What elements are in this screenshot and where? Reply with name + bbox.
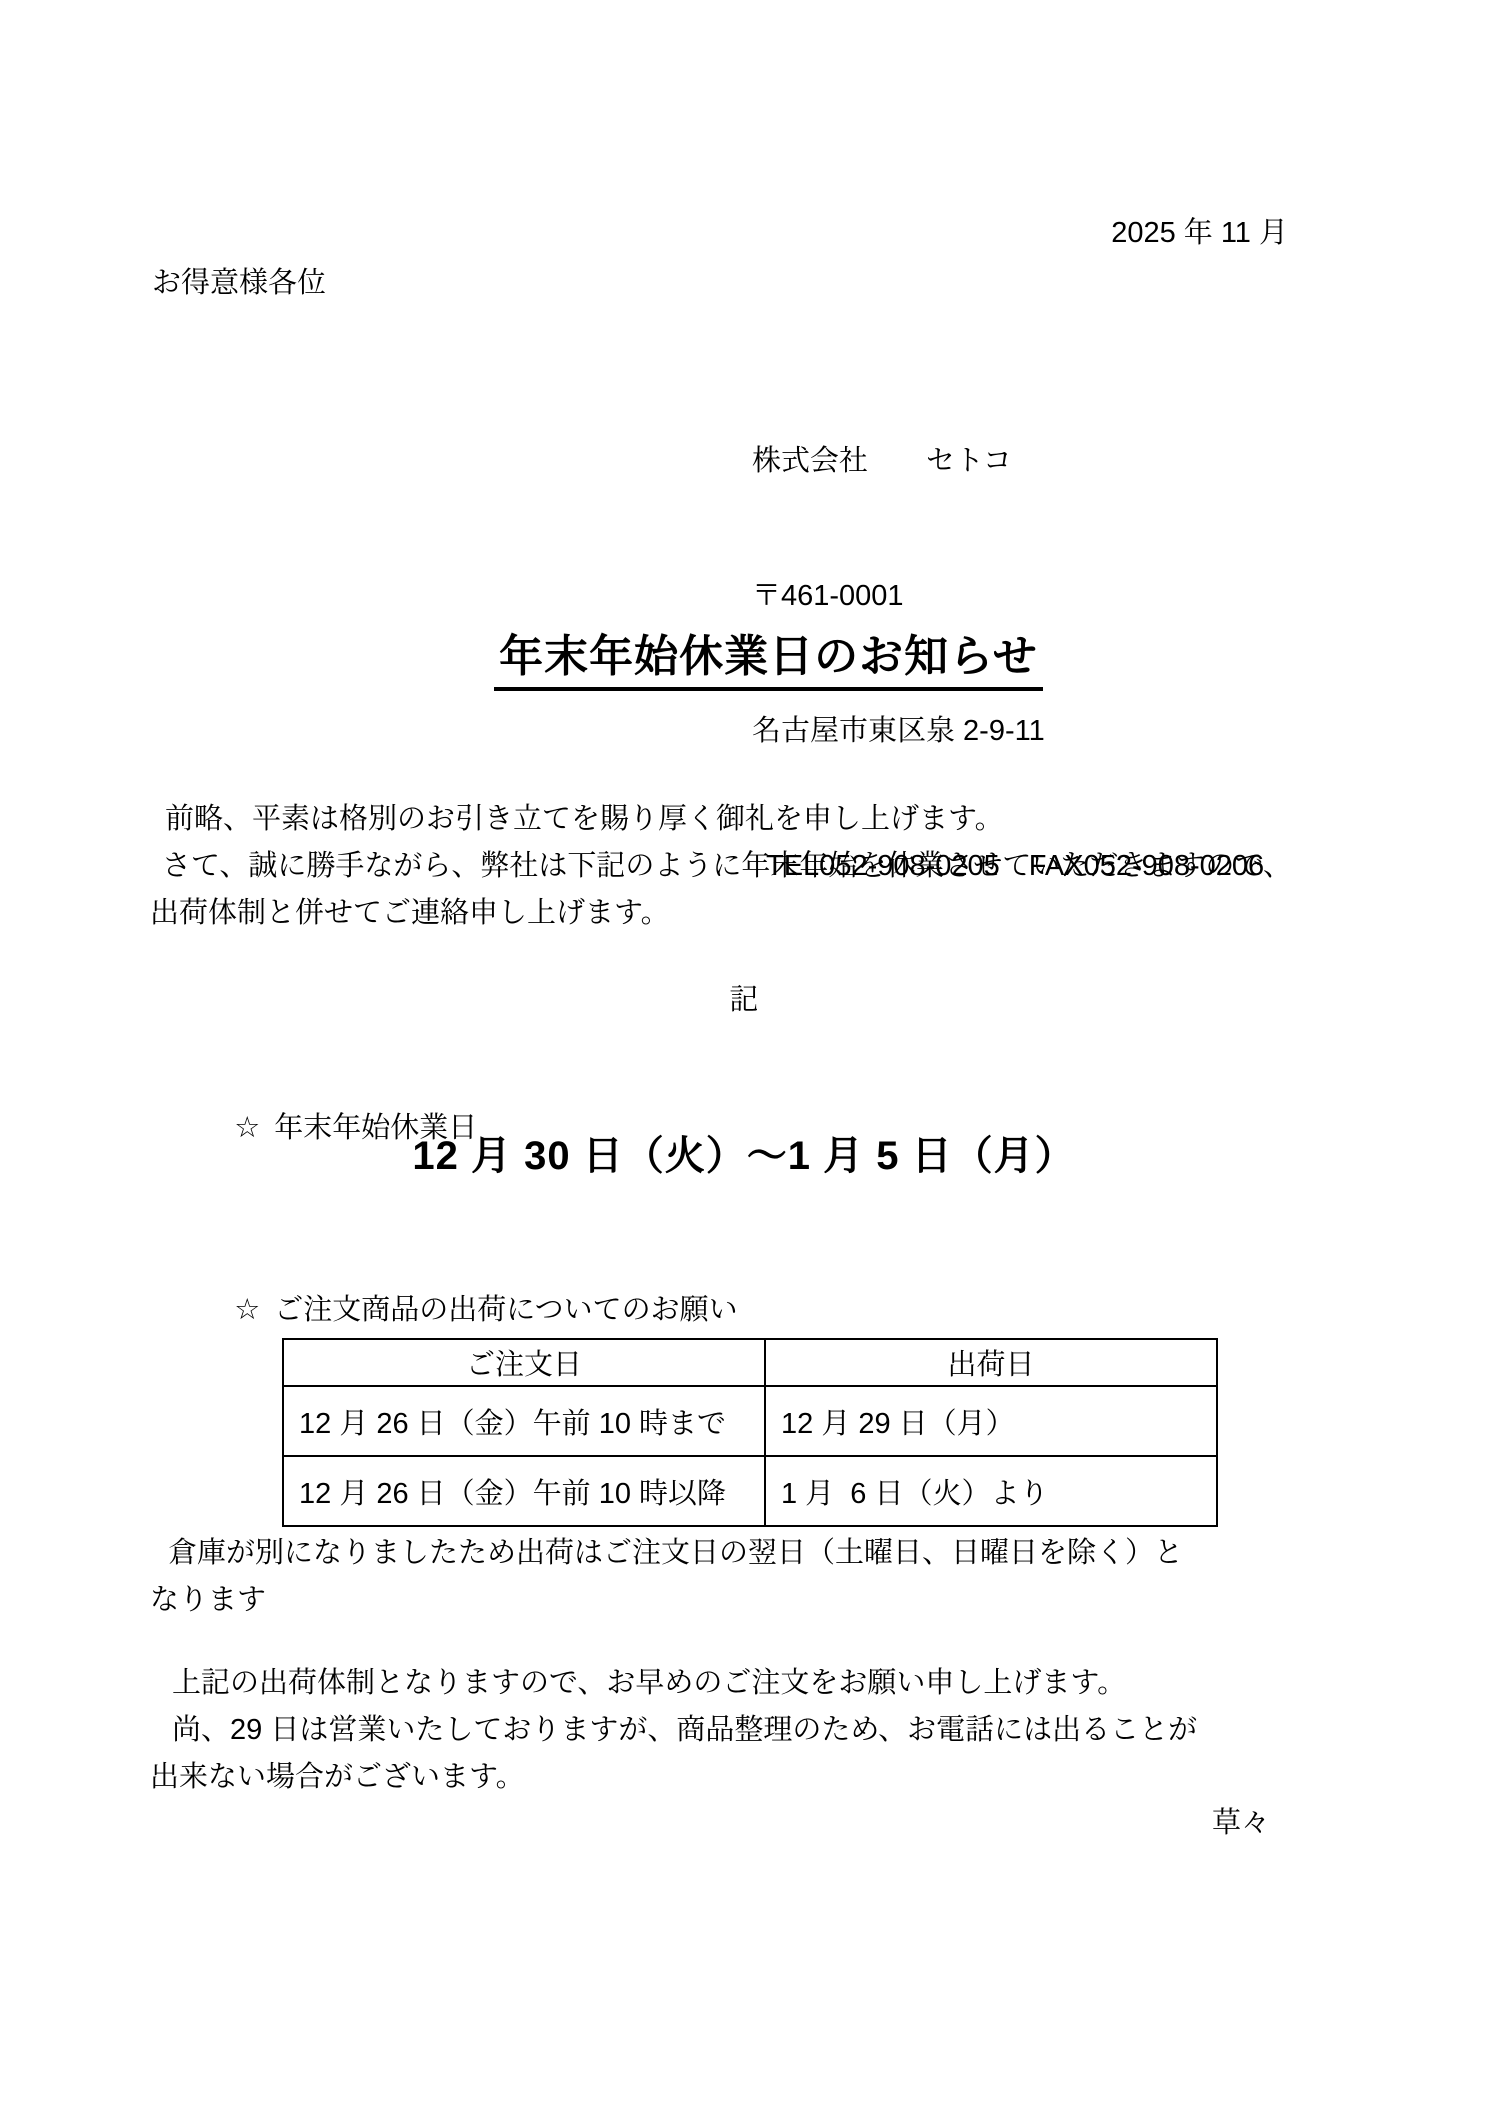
intro-line-1: さて、誠に勝手ながら、弊社は下記のように年末年始を休業させていただきますので、 — [162, 849, 1292, 884]
table-header-row: ご注文日 出荷日 — [283, 1339, 1217, 1386]
order-date-header: ご注文日 — [283, 1339, 765, 1386]
closing-word: 草々 — [1212, 1806, 1270, 1841]
greeting-line: 前略、平素は格別のお引き立てを賜り厚く御礼を申し上げます。 — [165, 802, 1004, 837]
order-date-cell: 12 月 26 日（金）午前 10 時まで — [283, 1386, 765, 1456]
warehouse-note-line-2: なります — [150, 1583, 266, 1618]
intro-line-2: 出荷体制と併せてご連絡申し上げます。 — [150, 896, 670, 931]
table-row: 12 月 26 日（金）午前 10 時以降 1 月 6 日（火）より — [283, 1456, 1217, 1526]
star-icon: ☆ — [234, 1294, 260, 1326]
ship-date-cell: 12 月 29 日（月） — [765, 1386, 1217, 1456]
warehouse-note-line-1: 倉庫が別になりましたため出荷はご注文日の翌日（土曜日、日曜日を除く）と — [168, 1536, 1183, 1571]
recipient-line: お得意様各位 — [152, 266, 326, 301]
ship-date-header: 出荷日 — [765, 1339, 1217, 1386]
shipping-section-heading-text: ご注文商品の出荷についてのお願い — [274, 1294, 737, 1326]
date-line: 2025 年 11 月 — [1111, 216, 1288, 251]
notice-line-2: 出来ない場合がございます。 — [150, 1760, 525, 1795]
request-line: 上記の出荷体制となりますので、お早めのご注文をお願い申し上げます。 — [172, 1666, 1126, 1701]
ship-date-cell: 1 月 6 日（火）より — [765, 1456, 1217, 1526]
document-title: 年末年始休業日のお知らせ — [0, 585, 1488, 730]
record-marker: 記 — [0, 983, 1488, 1018]
notice-line-1: 尚、29 日は営業いたしておりますが、商品整理のため、お電話には出ることが — [172, 1713, 1197, 1748]
holiday-period: 12 月 30 日（火）～1 月 5 日（月） — [0, 1134, 1488, 1178]
sender-company-name: 株式会社 セトコ — [752, 439, 1264, 484]
order-date-cell: 12 月 26 日（金）午前 10 時以降 — [283, 1456, 765, 1526]
document-page: 2025 年 11 月 お得意様各位 株式会社 セトコ 〒461-0001 名古… — [0, 0, 1488, 2105]
table-row: 12 月 26 日（金）午前 10 時まで 12 月 29 日（月） — [283, 1386, 1217, 1456]
document-title-text: 年末年始休業日のお知らせ — [494, 632, 1043, 691]
order-shipping-table: ご注文日 出荷日 12 月 26 日（金）午前 10 時まで 12 月 29 日… — [282, 1338, 1218, 1527]
